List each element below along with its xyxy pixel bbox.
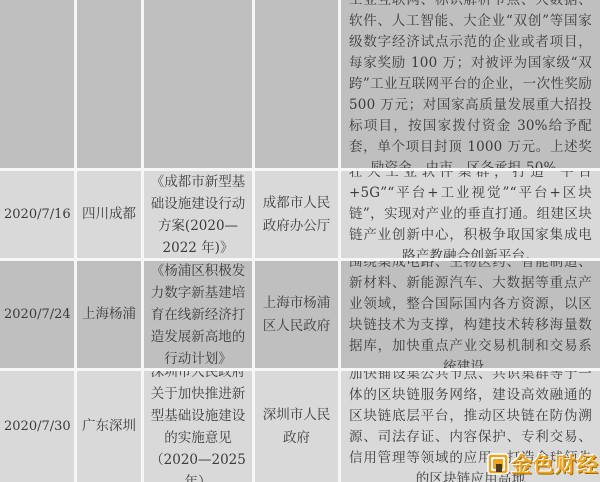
cell-content: 围绕集成电路、生物医药、智能制造、新材料、新能源汽车、大数据等重点产业领域，整合… xyxy=(341,261,600,368)
cell-region: 上海杨浦 xyxy=(77,261,141,368)
policy-table: 工业互联网、标识解析节点、大数据、软件、人工智能、大企业“双创”等国家级数字经济… xyxy=(0,0,600,482)
cell-policy-title xyxy=(144,0,252,168)
cell-region: 广东深圳 xyxy=(77,371,141,482)
cell-region xyxy=(77,0,141,168)
policy-table-page: 工业互联网、标识解析节点、大数据、软件、人工智能、大企业“双创”等国家级数字经济… xyxy=(0,0,600,482)
cell-content: 工业互联网、标识解析节点、大数据、软件、人工智能、大企业“双创”等国家级数字经济… xyxy=(341,0,600,168)
cell-policy-title: 《杨浦区积极发力数字新基建培育在线新经济打造发展新高地的行动计划》 xyxy=(144,261,252,368)
cell-agency: 成都市人民政府办公厅 xyxy=(255,171,338,258)
cell-policy-title: 深圳市人民政府关于加快推进新型基础设施建设的实施意见（2020—2025 年） xyxy=(144,371,252,482)
jinse-caijing-logo-icon xyxy=(487,453,509,475)
cell-date: 2020/7/16 xyxy=(0,171,74,258)
cell-date xyxy=(0,0,74,168)
watermark-brand-text: 金色财经 xyxy=(511,449,599,479)
cell-content: 壮大工业软件集群，打造“平台+5G”“平台+工业视觉”“平台+区块链”，实现对产… xyxy=(341,171,600,258)
jinse-caijing-watermark: 金色财经 xyxy=(487,449,599,479)
cell-agency xyxy=(255,0,338,168)
cell-date: 2020/7/24 xyxy=(0,261,74,368)
cell-policy-title: 《成都市新型基础设施建设行动方案(2020—2022 年)》 xyxy=(144,171,252,258)
cell-region: 四川成都 xyxy=(77,171,141,258)
cell-agency: 上海市杨浦区人民政府 xyxy=(255,261,338,368)
cell-date: 2020/7/30 xyxy=(0,371,74,482)
cell-agency: 深圳市人民政府 xyxy=(255,371,338,482)
